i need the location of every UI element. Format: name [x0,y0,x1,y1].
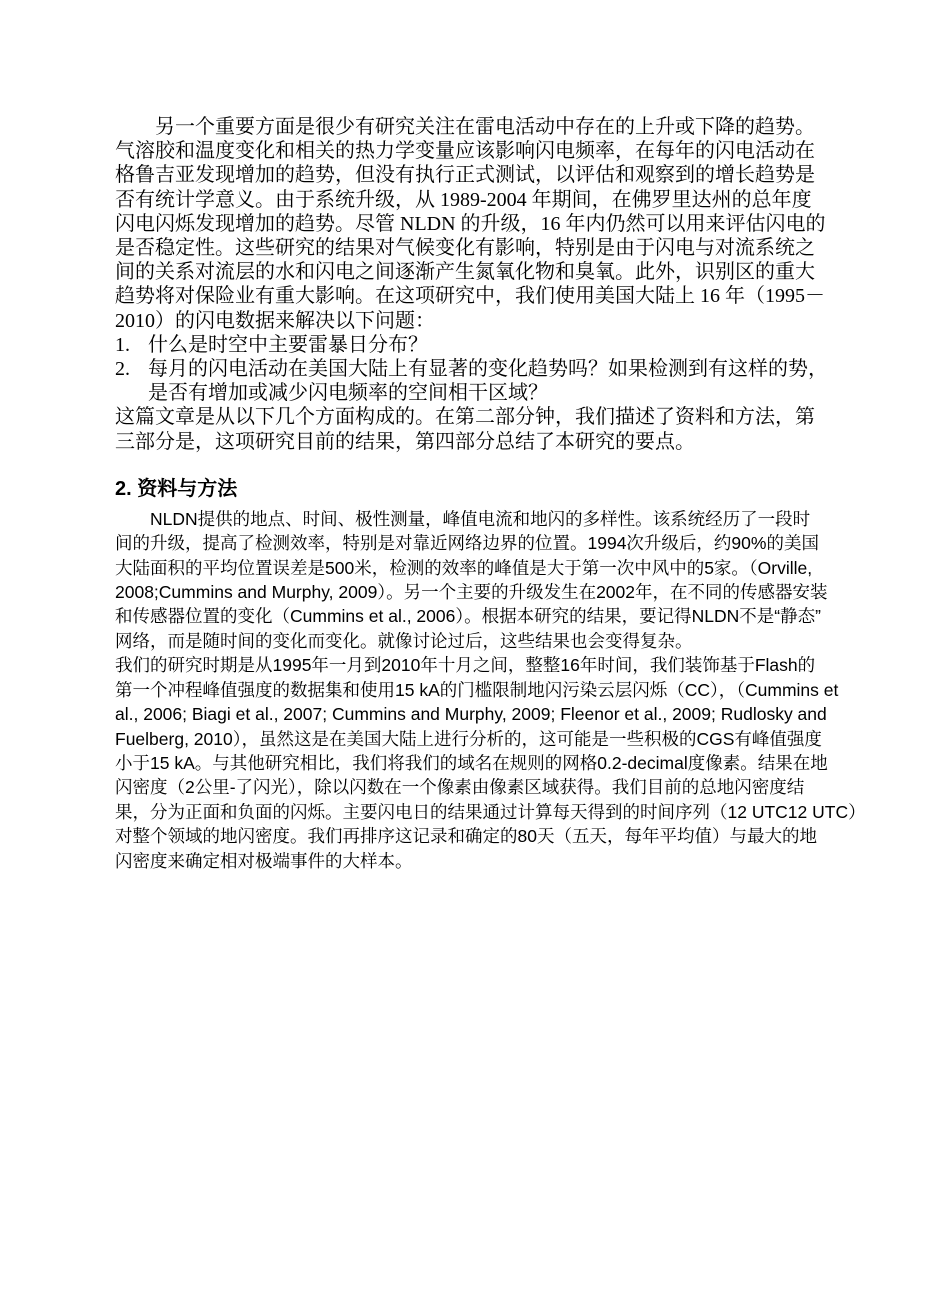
study-period-paragraph: 我们的研究时期是从1995年一月到2010年十月之间，整整16年时间，我们装饰基… [115,653,821,873]
text-line: 是否稳定性。这些研究的结果对气候变化有影响，特别是由于闪电与对流系统之 [115,236,821,260]
text-line: 闪电闪烁发现增加的趋势。尽管 NLDN 的升级，16 年内仍然可以用来评估闪电的 [115,212,821,236]
text-line: 2010）的闪电数据来解决以下问题： [115,309,821,333]
question-list-item-2: 2. 每月的闪电活动在美国大陆上有显著的变化趋势吗？如果检测到有这样的势，是否有… [115,357,821,405]
text-line: NLDN提供的地点、时间、极性测量，峰值电流和地闪的多样性。该系统经历了一段时 [115,507,821,531]
text-line: 小于15 kA。与其他研究相比，我们将我们的域名在规则的网格0.2-decima… [115,751,821,775]
text-line: 是否有增加或减少闪电频率的空间相干区域？ [148,381,828,405]
text-line: 闪密度来确定相对极端事件的大样本。 [115,849,821,873]
document-page: { "page": { "background_color": "#ffffff… [0,0,926,1309]
nldn-description-paragraph: NLDN提供的地点、时间、极性测量，峰值电流和地闪的多样性。该系统经历了一段时间… [115,507,821,653]
question-text: 什么是时空中主要雷暴日分布？ [148,333,821,357]
text-line: 大陆面积的平均位置误差是500米，检测的效率的峰值是大于第一次中风中的5家。（O… [115,556,821,580]
text-line: al., 2006; Biagi et al., 2007; Cummins a… [115,702,821,726]
text-line: 第一个冲程峰值强度的数据集和使用15 kA的门槛限制地闪污染云层闪烁（CC），（… [115,678,821,702]
text-line: Fuelberg, 2010），虽然这是在美国大陆上进行分析的，这可能是一些积极… [115,727,821,751]
text-line: 对整个领域的地闪密度。我们再排序这记录和确定的80天（五天，每年平均值）与最大的… [115,824,821,848]
text-line: 另一个重要方面是很少有研究关注在雷电活动中存在的上升或下降的趋势。 [115,115,821,139]
text-line: 每月的闪电活动在美国大陆上有显著的变化趋势吗？如果检测到有这样的势， [148,357,828,381]
text-line: 间的关系对流层的水和闪电之间逐渐产生氮氧化物和臭氧。此外，识别区的重大 [115,260,821,284]
text-line: 这篇文章是从以下几个方面构成的。在第二部分钟，我们描述了资料和方法，第 [115,405,821,429]
text-line: 2008;Cummins and Murphy, 2009）。另一个主要的升级发… [115,580,821,604]
question-text: 每月的闪电活动在美国大陆上有显著的变化趋势吗？如果检测到有这样的势，是否有增加或… [148,357,828,405]
question-list-item-1: 1. 什么是时空中主要雷暴日分布？ [115,333,821,357]
document-body: 另一个重要方面是很少有研究关注在雷电活动中存在的上升或下降的趋势。气溶胶和温度变… [115,115,821,873]
section-2-heading: 2. 资料与方法 [115,476,821,502]
text-line: 间的升级，提高了检测效率，特别是对靠近网络边界的位置。1994次升级后，约90%… [115,531,821,555]
list-number: 2. [115,357,148,381]
intro-section: 另一个重要方面是很少有研究关注在雷电活动中存在的上升或下降的趋势。气溶胶和温度变… [115,115,821,454]
data-methods-section: NLDN提供的地点、时间、极性测量，峰值电流和地闪的多样性。该系统经历了一段时间… [115,507,821,873]
text-line: 气溶胶和温度变化和相关的热力学变量应该影响闪电频率，在每年的闪电活动在 [115,139,821,163]
text-line: 格鲁吉亚发现增加的趋势，但没有执行正式测试，以评估和观察到的增长趋势是 [115,163,821,187]
text-line: 网络，而是随时间的变化而变化。就像讨论过后，这些结果也会变得复杂。 [115,629,821,653]
text-line: 果，分为正面和负面的闪烁。主要闪电日的结果通过计算每天得到的时间序列（12 UT… [115,800,821,824]
text-line: 否有统计学意义。由于系统升级，从 1989-2004 年期间，在佛罗里达州的总年… [115,188,821,212]
list-number: 1. [115,333,148,357]
text-line: 趋势将对保险业有重大影响。在这项研究中，我们使用美国大陆上 16 年（1995－ [115,284,821,308]
intro-paragraph: 另一个重要方面是很少有研究关注在雷电活动中存在的上升或下降的趋势。气溶胶和温度变… [115,115,821,333]
text-line: 闪密度（2公里-了闪光），除以闪数在一个像素由像素区域获得。我们目前的总地闪密度… [115,775,821,799]
text-line: 什么是时空中主要雷暴日分布？ [148,333,821,357]
paper-structure-paragraph: 这篇文章是从以下几个方面构成的。在第二部分钟，我们描述了资料和方法，第三部分是，… [115,405,821,453]
text-line: 我们的研究时期是从1995年一月到2010年十月之间，整整16年时间，我们装饰基… [115,653,821,677]
text-line: 三部分是，这项研究目前的结果，第四部分总结了本研究的要点。 [115,430,821,454]
research-questions-list: 1. 什么是时空中主要雷暴日分布？ 2. 每月的闪电活动在美国大陆上有显著的变化… [115,333,821,406]
text-line: 和传感器位置的变化（Cummins et al., 2006）。根据本研究的结果… [115,604,821,628]
